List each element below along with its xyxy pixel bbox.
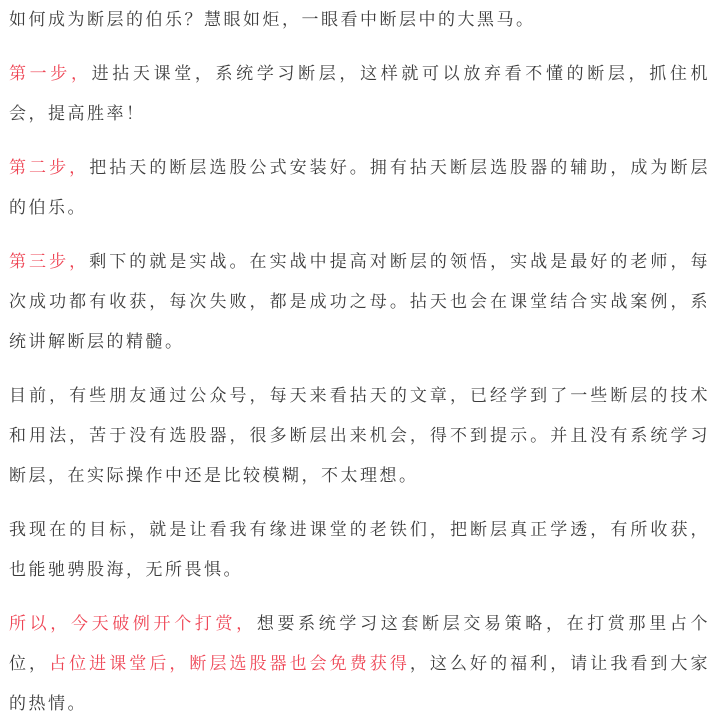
paragraph: 目前，有些朋友通过公众号，每天来看拈天的文章，已经学到了一些断层的技术和用法，苦… bbox=[9, 376, 710, 496]
text-segment: 剩下的就是实战。在实战中提高对断层的领悟，实战是最好的老师，每次成功都有收获，每… bbox=[9, 252, 710, 351]
highlight-red-segment: 第一步， bbox=[9, 64, 92, 83]
text-segment: 我现在的目标，就是让看我有缘进课堂的老铁们，把断层真正学透，有所收获，也能驰骋股… bbox=[9, 520, 710, 579]
paragraph: 第二步，把拈天的断层选股公式安装好。拥有拈天断层选股器的辅助，成为断层的伯乐。 bbox=[9, 148, 710, 228]
highlight-red-segment: 占位进课堂后，断层选股器也会免费获得 bbox=[49, 654, 410, 673]
text-segment: 目前，有些朋友通过公众号，每天来看拈天的文章，已经学到了一些断层的技术和用法，苦… bbox=[9, 386, 710, 485]
paragraph: 我现在的目标，就是让看我有缘进课堂的老铁们，把断层真正学透，有所收获，也能驰骋股… bbox=[9, 510, 710, 590]
highlight-red-segment: 所以，今天破例开个打赏， bbox=[9, 614, 257, 633]
highlight-red-segment: 第三步， bbox=[9, 252, 89, 271]
article-body: 如何成为断层的伯乐？慧眼如炬，一眼看中断层中的大黑马。第一步，进拈天课堂，系统学… bbox=[0, 0, 719, 724]
paragraph: 第三步，剩下的就是实战。在实战中提高对断层的领悟，实战是最好的老师，每次成功都有… bbox=[9, 242, 710, 362]
paragraph: 如何成为断层的伯乐？慧眼如炬，一眼看中断层中的大黑马。 bbox=[9, 0, 710, 40]
paragraph: 所以，今天破例开个打赏，想要系统学习这套断层交易策略，在打赏那里占个位，占位进课… bbox=[9, 604, 710, 724]
highlight-red-segment: 第二步， bbox=[9, 158, 89, 177]
paragraph: 第一步，进拈天课堂，系统学习断层，这样就可以放弃看不懂的断层，抓住机会，提高胜率… bbox=[9, 54, 710, 134]
text-segment: 进拈天课堂，系统学习断层，这样就可以放弃看不懂的断层，抓住机会，提高胜率！ bbox=[9, 64, 710, 123]
text-segment: 把拈天的断层选股公式安装好。拥有拈天断层选股器的辅助，成为断层的伯乐。 bbox=[9, 158, 710, 217]
text-segment: 如何成为断层的伯乐？慧眼如炬，一眼看中断层中的大黑马。 bbox=[9, 10, 536, 29]
